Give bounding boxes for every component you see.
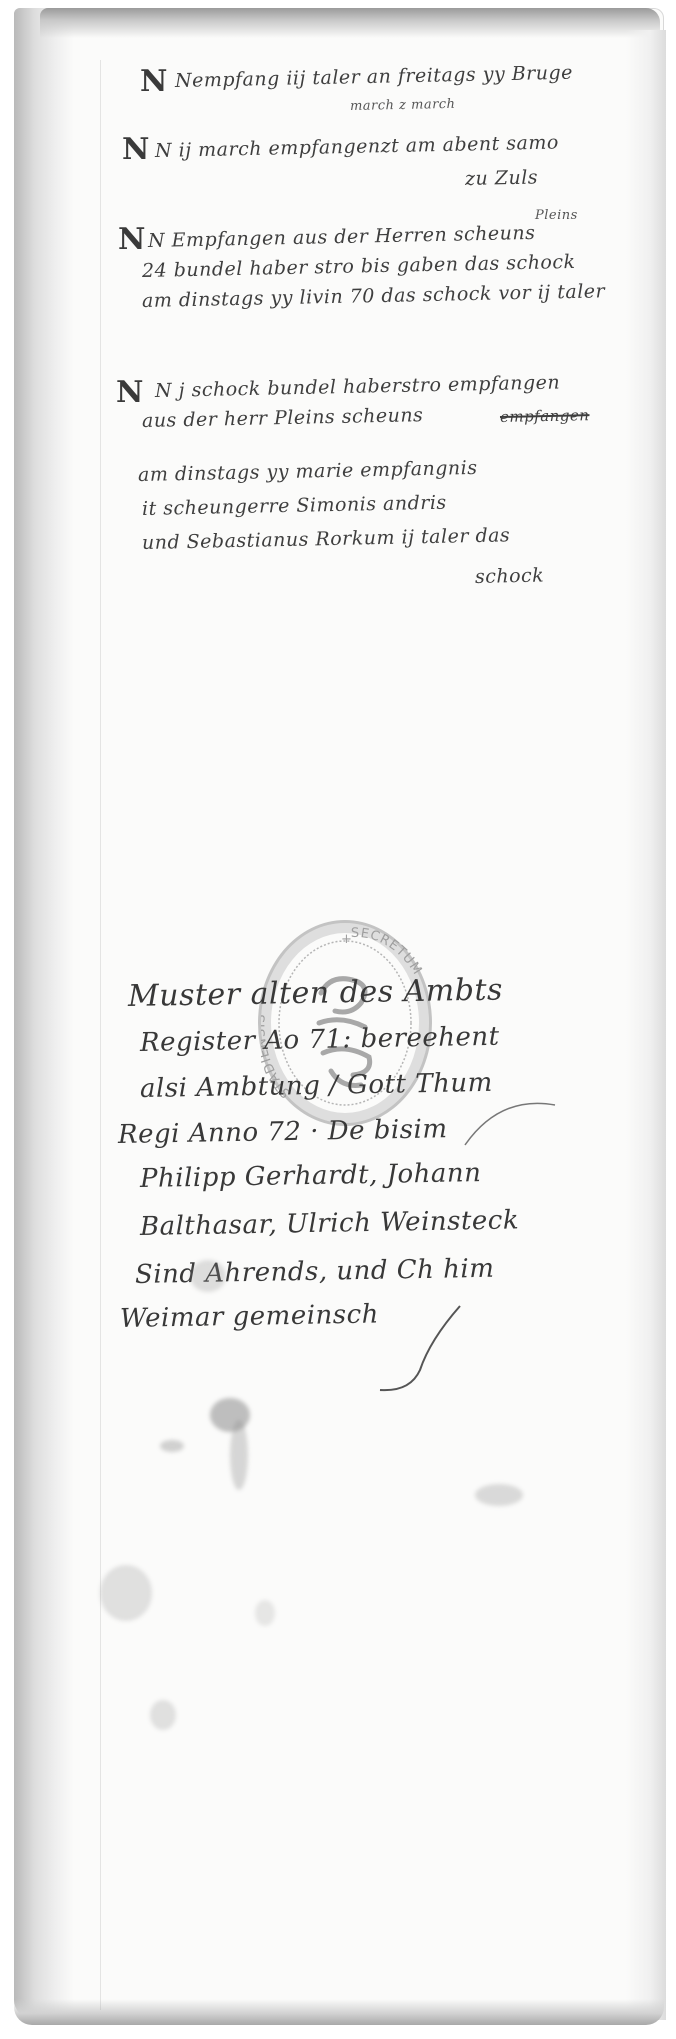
entry-marker: N <box>118 222 145 257</box>
note-line: Balthasar, Ulrich Weinsteck <box>140 1207 520 1240</box>
stain-mark <box>190 1260 226 1292</box>
note-line: Philipp Gerhardt, Johann <box>140 1160 482 1192</box>
stain-mark <box>100 1565 152 1621</box>
fold-line <box>100 60 101 2010</box>
note-line: Register Ao 71: bereehent <box>140 1024 500 1056</box>
stain-mark <box>255 1600 275 1626</box>
stain-mark <box>230 1420 248 1490</box>
entry-marker: N <box>122 132 149 167</box>
note-line: Regi Anno 72 · De bisim <box>118 1116 448 1148</box>
right-paper-edge <box>626 30 666 2020</box>
binding-edge <box>14 8 74 2018</box>
svg-text:SECRETUM: SECRETUM <box>351 926 425 978</box>
entry-line-interlinear: march z march <box>350 98 456 113</box>
entry-line: zu Zuls <box>465 168 538 189</box>
stain-mark <box>150 1700 176 1730</box>
note-line: Sind Ahrends, und Ch him <box>135 1256 495 1288</box>
top-paper-edge <box>40 8 660 38</box>
stain-mark <box>475 1484 523 1506</box>
note-line: Weimar gemeinsch <box>120 1301 379 1332</box>
entry-marker: N <box>116 375 143 410</box>
bottom-paper-edge <box>14 1999 664 2025</box>
svg-text:+: + <box>341 932 353 947</box>
entry-line: schock <box>475 567 545 587</box>
entry-marker: N <box>140 64 167 99</box>
struck-word: empfangen <box>500 408 590 425</box>
interlinear-note: Pleins <box>535 208 578 223</box>
note-line: Muster alten des Ambts <box>128 975 503 1012</box>
note-line: alsi Ambtung / Gott Thum <box>140 1070 493 1102</box>
stain-mark <box>160 1440 184 1452</box>
